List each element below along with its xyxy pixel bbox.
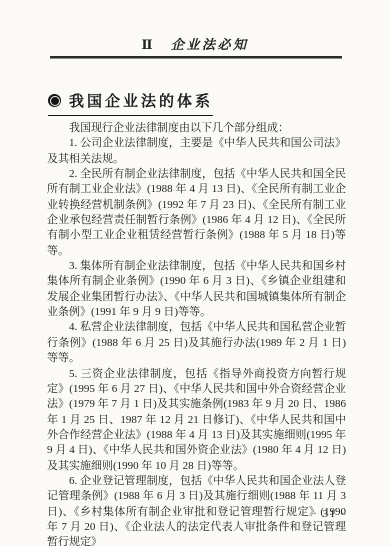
page-number: · 31 ·	[313, 508, 346, 520]
paragraph-item-6: 6. 企业登记管理制度，包括《中华人民共和国企业法人登记管理条例》(1988 年…	[47, 474, 346, 546]
paragraph-item-1: 1. 公司企业法律制度，主要是《中华人民共和国公司法》及其相关法规。	[47, 136, 346, 167]
body-text-block: 我国现行企业法律制度由以下几个部分组成： 1. 公司企业法律制度，主要是《中华人…	[47, 121, 346, 546]
paragraph-item-5: 5. 三资企业法律制度，包括《指导外商投资方向暂行规定》(1995 年 6 月 …	[47, 367, 346, 474]
section-heading: 我国企业法的体系	[48, 90, 213, 116]
scanned-book-page: Ⅱ企业法必知 我国企业法的体系 我国现行企业法律制度由以下几个部分组成： 1. …	[0, 0, 390, 546]
chapter-title: 企业法必知	[171, 37, 249, 52]
fisheye-bullet-icon	[48, 94, 61, 107]
paragraph-item-3: 3. 集体所有制企业法律制度，包括《中华人民共和国乡村集体所有制企业条例》(19…	[47, 259, 346, 320]
running-header: Ⅱ企业法必知	[0, 34, 390, 53]
paragraph-intro: 我国现行企业法律制度由以下几个部分组成：	[47, 121, 346, 136]
paragraph-item-2: 2. 全民所有制企业法律制度，包括《中华人民共和国全民所有制工业企业法》(198…	[47, 167, 346, 259]
paragraph-item-4: 4. 私营企业法律制度，包括《中华人民共和国私营企业暂行条例》(1988 年 6…	[47, 320, 346, 366]
section-title-text: 我国企业法的体系	[69, 90, 213, 111]
header-double-rule	[50, 56, 342, 59]
chapter-number: Ⅱ	[142, 37, 155, 53]
